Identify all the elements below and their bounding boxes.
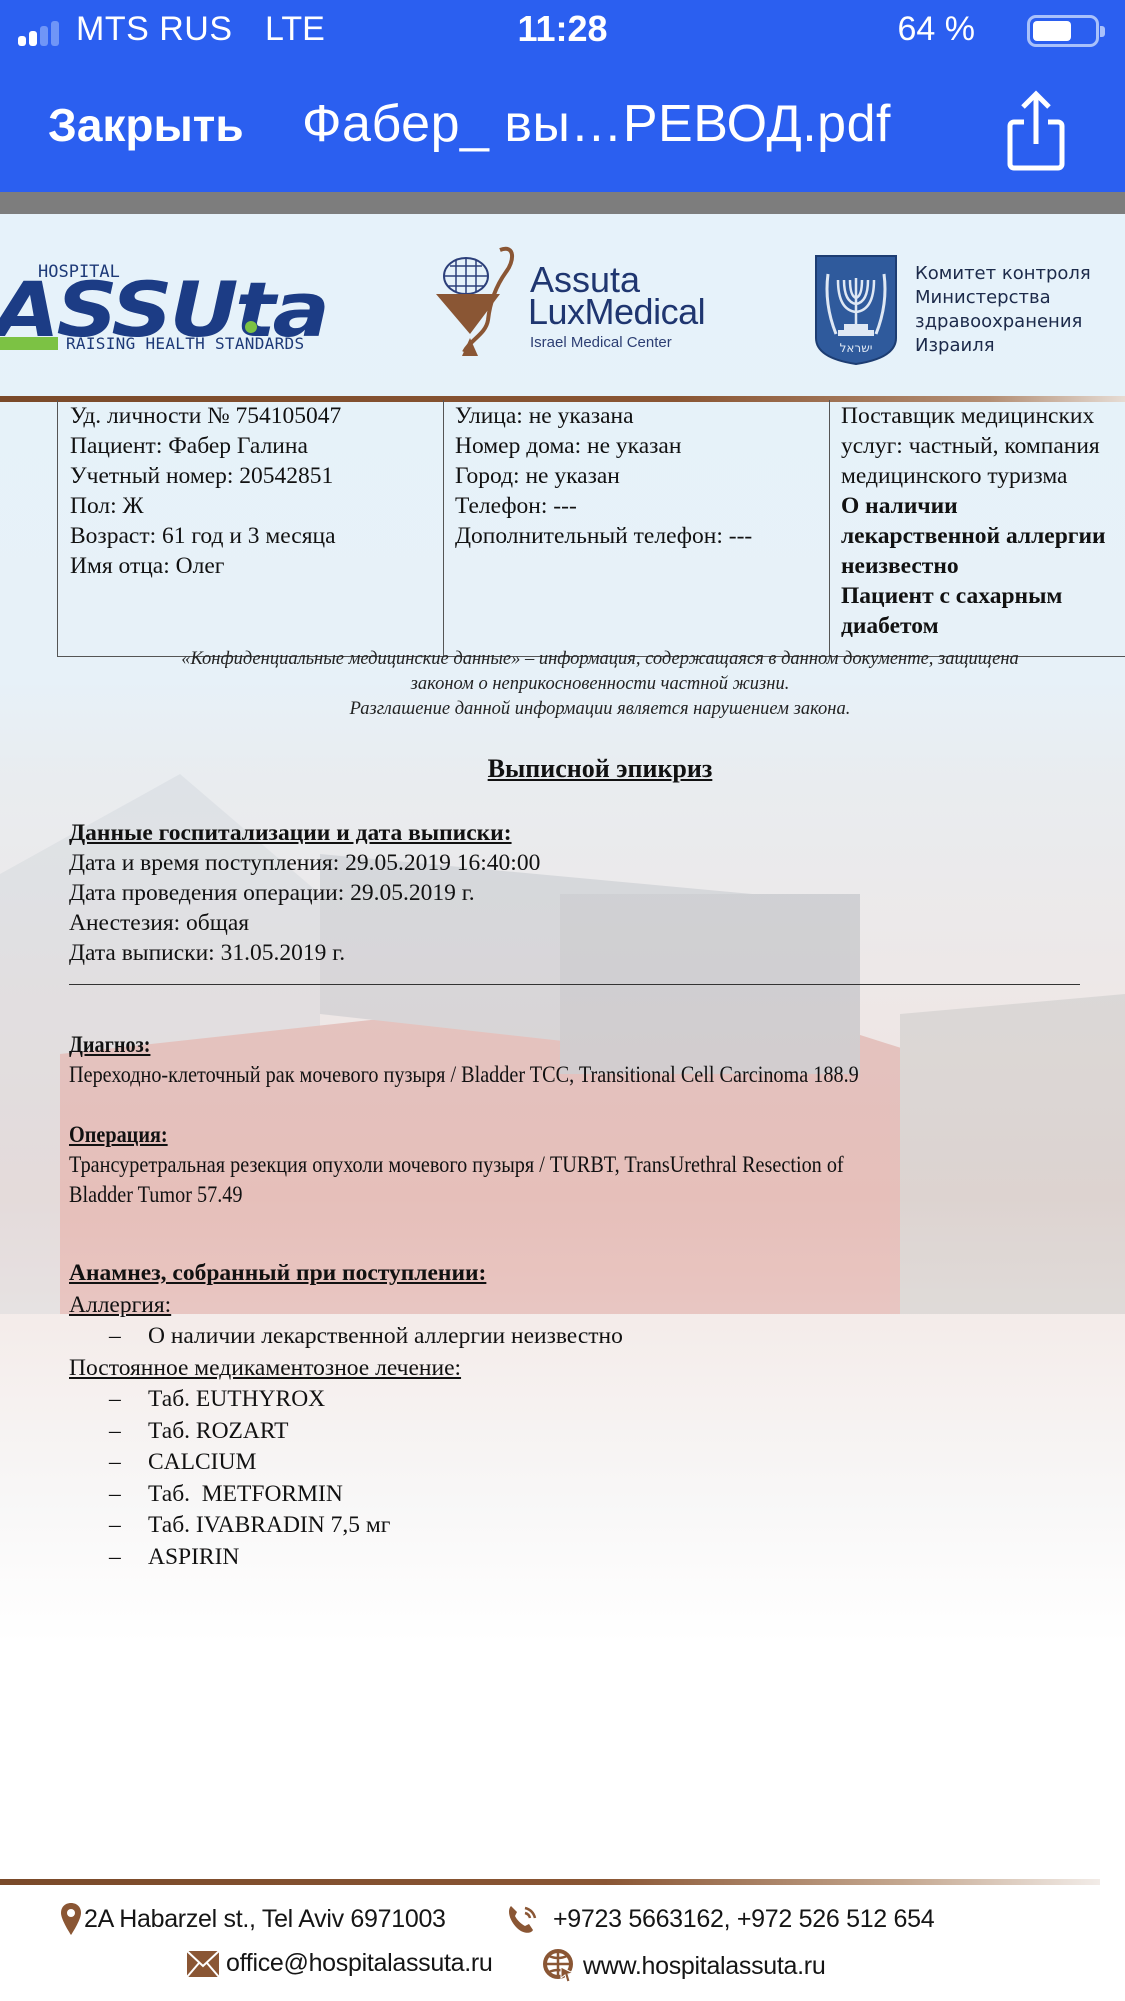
- id-number: Уд. личности № 754105047: [70, 401, 443, 431]
- navigation-bar: Закрыть Фабер_ вы…РЕВОД.pdf: [0, 62, 1125, 192]
- patient-address-column: Улица: не указана Номер дома: не указан …: [443, 400, 829, 657]
- allergy-item: –О наличии лекарственной аллергии неизве…: [69, 1321, 623, 1353]
- provider-line: медицинского туризма: [841, 461, 1125, 491]
- patient-info-table: Уд. личности № 754105047 Пациент: Фабер …: [57, 400, 1125, 657]
- pdf-page[interactable]: HOSPITAL ASSUta RAISING HEALTH STANDARDS…: [0, 214, 1125, 2001]
- house-number: Номер дома: не указан: [455, 431, 829, 461]
- caduceus-globe-icon: [430, 242, 525, 362]
- phone-numbers[interactable]: +9723 5663162, +972 526 512 654: [505, 1902, 934, 1936]
- confidentiality-notice: «Конфиденциальные медицинские данные» – …: [60, 647, 1125, 722]
- allergy-warning: О наличии: [841, 491, 1125, 521]
- israel-ministry-of-health-logo: ישראל Комитет контроля Министерства здра…: [812, 254, 1125, 374]
- document-heading: Выписной эпикриз: [0, 754, 1125, 784]
- ministry-line: Комитет контроля: [915, 262, 1091, 286]
- operation-text-cont: Bladder Tumor 57.49: [69, 1180, 242, 1210]
- gender: Пол: Ж: [70, 491, 443, 521]
- address: 2A Habarzel st., Tel Aviv 6971003: [60, 1902, 446, 1936]
- medication-item: –Таб. IVABRADIN 7,5 мг: [69, 1510, 623, 1542]
- battery-percent: 64 %: [898, 10, 976, 49]
- operation-section: Операция: Трансуретральная резекция опух…: [69, 1120, 970, 1210]
- anesthesia: Анестезия: общая: [69, 908, 540, 938]
- phone: Телефон: ---: [455, 491, 829, 521]
- phone-icon: [505, 1902, 539, 1936]
- provider-column: Поставщик медицинских услуг: частный, ко…: [829, 400, 1125, 657]
- share-icon: [1000, 88, 1072, 172]
- medication-item: –Таб. EUTHYROX: [69, 1384, 623, 1416]
- envelope-icon: [186, 1950, 220, 1978]
- anamnesis-heading: Анамнез, собранный при поступлении:: [69, 1258, 623, 1290]
- ministry-line: Израиля: [915, 334, 1091, 358]
- medication-item: –Таб. METFORMIN: [69, 1479, 623, 1511]
- diagnosis-heading: Диагноз:: [69, 1030, 150, 1060]
- globe-cursor-icon: [543, 1949, 577, 1983]
- close-button[interactable]: Закрыть: [48, 98, 244, 152]
- allergy-label: Аллергия:: [69, 1290, 623, 1322]
- medication-item: –CALCIUM: [69, 1447, 623, 1479]
- provider-line: услуг: частный, компания: [841, 431, 1125, 461]
- operation-text: Трансуретральная резекция опухоли мочево…: [69, 1150, 844, 1180]
- assuta-luxmedical-logo: Assuta LuxMedical Israel Medical Center: [430, 242, 720, 362]
- menorah-emblem-icon: ישראל: [814, 254, 898, 366]
- father-name: Имя отца: Олег: [70, 551, 443, 581]
- medication-item: –Таб. ROZART: [69, 1416, 623, 1448]
- share-button[interactable]: [1000, 88, 1072, 172]
- hospitalization-heading: Данные госпитализации и дата выписки:: [69, 818, 540, 848]
- patient-identity-column: Уд. личности № 754105047 Пациент: Фабер …: [58, 400, 443, 657]
- anamnesis-section: Анамнез, собранный при поступлении: Алле…: [69, 1258, 623, 1573]
- medications-label: Постоянное медикаментозное лечение:: [69, 1353, 623, 1385]
- provider-line: Поставщик медицинских: [841, 401, 1125, 431]
- operation-date: Дата проведения операции: 29.05.2019 г.: [69, 878, 540, 908]
- ministry-line: Министерства: [915, 286, 1091, 310]
- patient-name: Пациент: Фабер Галина: [70, 431, 443, 461]
- discharge-date: Дата выписки: 31.05.2019 г.: [69, 938, 540, 968]
- location-pin-icon: [60, 1902, 82, 1936]
- battery-icon: [1027, 15, 1099, 47]
- diagnosis-section: Диагноз: Переходно-клеточный рак мочевог…: [69, 1030, 987, 1090]
- operation-heading: Операция:: [69, 1120, 168, 1150]
- allergy-warning: неизвестно: [841, 551, 1125, 581]
- footer-divider: [0, 1879, 1100, 1885]
- admission-datetime: Дата и время поступления: 29.05.2019 16:…: [69, 848, 540, 878]
- ministry-line: здравоохранения: [915, 310, 1091, 334]
- website-link[interactable]: www.hospitalassuta.ru: [543, 1949, 825, 1983]
- street: Улица: не указана: [455, 401, 829, 431]
- age: Возраст: 61 год и 3 месяца: [70, 521, 443, 551]
- viewer-separator: [0, 192, 1125, 214]
- document-title: Фабер_ вы…РЕВОД.pdf: [302, 94, 891, 154]
- top-bar: MTS RUS LTE 11:28 64 % Закрыть Фабер_ вы…: [0, 0, 1125, 192]
- city: Город: не указан: [455, 461, 829, 491]
- additional-phone: Дополнительный телефон: ---: [455, 521, 829, 551]
- email-link[interactable]: office@hospitalassuta.ru: [186, 1949, 492, 1978]
- status-bar: MTS RUS LTE 11:28 64 %: [0, 0, 1125, 62]
- svg-text:ישראל: ישראל: [840, 341, 873, 355]
- assuta-hospital-logo: HOSPITAL ASSUta RAISING HEALTH STANDARDS: [0, 254, 340, 354]
- diagnosis-text: Переходно-клеточный рак мочевого пузыря …: [69, 1060, 859, 1090]
- allergy-warning: лекарственной аллергии: [841, 521, 1125, 551]
- diabetes-warning: Пациент с сахарным: [841, 581, 1125, 611]
- section-divider: [69, 984, 1080, 985]
- hospitalization-section: Данные госпитализации и дата выписки: Да…: [69, 818, 540, 968]
- medication-item: –ASPIRIN: [69, 1542, 623, 1574]
- account-number: Учетный номер: 20542851: [70, 461, 443, 491]
- diabetes-warning: диабетом: [841, 611, 1125, 641]
